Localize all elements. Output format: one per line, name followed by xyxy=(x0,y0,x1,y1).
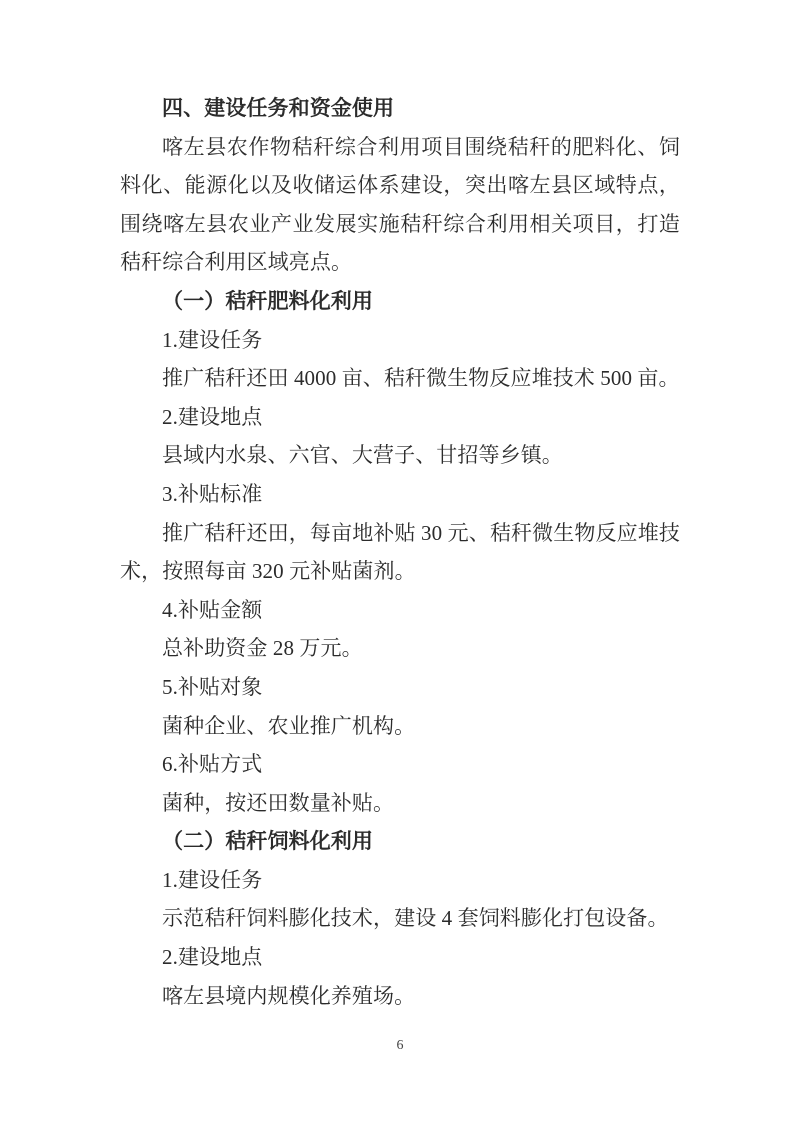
paragraph: 县域内水泉、六官、大营子、甘招等乡镇。 xyxy=(120,436,680,475)
paragraph: 3.补贴标准 xyxy=(120,475,680,514)
page-footer: 6 xyxy=(0,1036,800,1056)
paragraph: 1.建设任务 xyxy=(120,861,680,900)
document-page: 四、建设任务和资金使用喀左县农作物秸秆综合利用项目围绕秸秆的肥料化、饲料化、能源… xyxy=(0,0,800,1130)
section-heading: （二）秸秆饲料化利用 xyxy=(120,822,680,861)
document-body: 四、建设任务和资金使用喀左县农作物秸秆综合利用项目围绕秸秆的肥料化、饲料化、能源… xyxy=(120,89,680,1015)
paragraph: 喀左县农作物秸秆综合利用项目围绕秸秆的肥料化、饲料化、能源化以及收储运体系建设，… xyxy=(120,128,680,282)
paragraph: 5.补贴对象 xyxy=(120,668,680,707)
paragraph: 菌种企业、农业推广机构。 xyxy=(120,707,680,746)
paragraph: 6.补贴方式 xyxy=(120,745,680,784)
paragraph: 喀左县境内规模化养殖场。 xyxy=(120,977,680,1016)
page-number: 6 xyxy=(397,1038,404,1053)
paragraph: 1.建设任务 xyxy=(120,321,680,360)
paragraph: 4.补贴金额 xyxy=(120,591,680,630)
section-heading: （一）秸秆肥料化利用 xyxy=(120,282,680,321)
paragraph: 推广秸秆还田 4000 亩、秸秆微生物反应堆技术 500 亩。 xyxy=(120,359,680,398)
paragraph: 菌种，按还田数量补贴。 xyxy=(120,784,680,823)
paragraph: 总补助资金 28 万元。 xyxy=(120,629,680,668)
paragraph: 推广秸秆还田，每亩地补贴 30 元、秸秆微生物反应堆技术，按照每亩 320 元补… xyxy=(120,514,680,591)
paragraph: 示范秸秆饲料膨化技术，建设 4 套饲料膨化打包设备。 xyxy=(120,899,680,938)
paragraph: 2.建设地点 xyxy=(120,938,680,977)
paragraph: 2.建设地点 xyxy=(120,398,680,437)
section-heading: 四、建设任务和资金使用 xyxy=(120,89,680,128)
